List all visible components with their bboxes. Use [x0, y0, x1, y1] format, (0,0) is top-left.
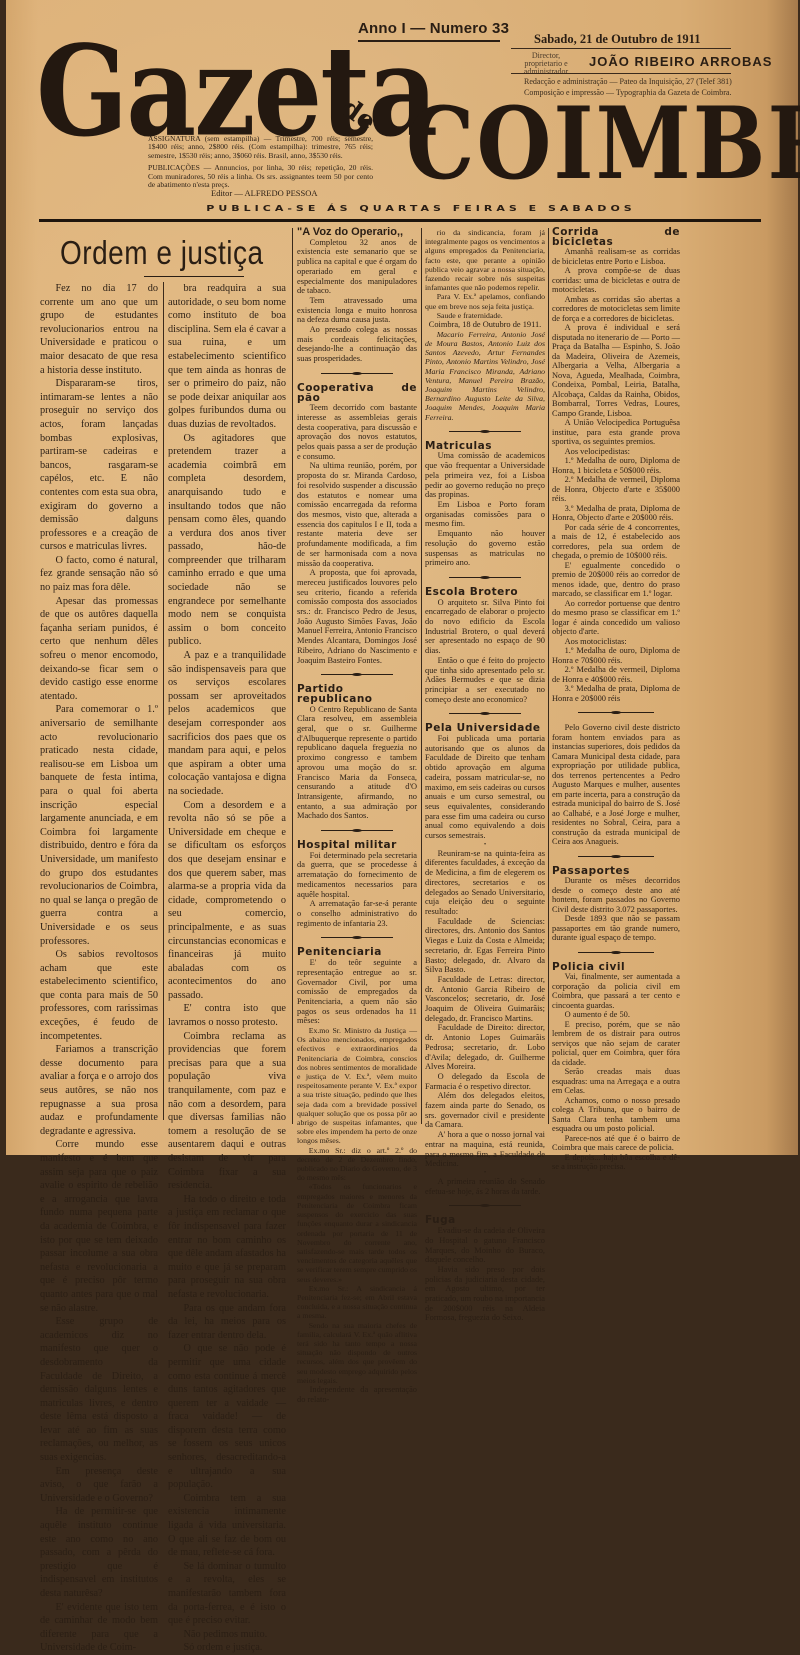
- corrida-paragraph: Aos motociclistas:: [552, 637, 680, 647]
- governo-paragraph: Pelo Governo civil deste districto foram…: [552, 723, 680, 847]
- penit-letter-paragraph: Para V. Ex.ª apelamos, confiando que em …: [425, 292, 545, 310]
- article-paragraph: Fariamos a transcrição desse documento p…: [40, 1043, 158, 1138]
- corrida-paragraph: 3.º Medalha de prata, Diploma de Honra, …: [552, 504, 680, 523]
- article-paragraph: Corre mundo esse manifesto e é bem que a…: [40, 1138, 158, 1157]
- section-title-universidade: Pela Universidade: [425, 724, 545, 734]
- corrida-paragraph: Ao corredor portuense que dentro do mesm…: [552, 599, 680, 637]
- bullet-separator: •: [425, 841, 545, 849]
- corrida-paragraph: 1.º Medalha de ouro, Diploma de Honra, 1…: [552, 456, 680, 475]
- ornamental-divider: [425, 573, 545, 583]
- article-paragraph: bra readquira a sua autoridade, o seu bo…: [168, 282, 286, 432]
- coop-paragraph: Teem decorrido com bastante interesse as…: [297, 403, 417, 461]
- article-paragraph: Para comemorar o 1.º aniversario de semi…: [40, 703, 158, 948]
- corrida-paragraph: 2.º Medalha de vermeil, Diploma de Honra…: [552, 665, 680, 684]
- publication-schedule: PUBLICA-SE ÁS QUARTAS FEIRAS E SABADOS: [76, 204, 766, 213]
- univ-paragraph: Faculdade de Sciencias: directores, drs.…: [425, 917, 545, 975]
- issue-underline: [358, 40, 500, 42]
- issue-date: Sabado, 21 de Outubro de 1911: [534, 32, 700, 47]
- univ-paragraph: Além dos delegados eleitos, fazem ainda …: [425, 1091, 545, 1130]
- ornamental-divider: [297, 369, 417, 379]
- section-title-policia: Policia civil: [552, 963, 680, 973]
- section-title-passaportes: Passaportes: [552, 867, 680, 877]
- partido-paragraph: O Centro Republicano de Santa Clara reso…: [297, 705, 417, 821]
- issue-number: Anno I — Numero 33: [358, 20, 509, 37]
- penit-letter-paragraph: Saude e fraternidade.: [425, 311, 545, 320]
- publicacoes-text: PUBLICAÇÕES — Annuncios, por linha, 30 r…: [148, 164, 373, 189]
- policia-paragraph: Vai, finalmente, ser aumentada a corpora…: [552, 972, 680, 1010]
- penit-signatures: Macario Ferreira, Antonio José de Moura …: [425, 330, 545, 422]
- ornamental-divider: [297, 933, 417, 943]
- ornamental-divider: [425, 709, 545, 719]
- lead-article-title: Ordem e justiça: [60, 234, 264, 272]
- pass-paragraph: Durante os mêses decorridos desde o come…: [552, 876, 680, 914]
- article-paragraph: Dispararam-se tiros, intimaram-se lentes…: [40, 377, 158, 554]
- corrida-paragraph: E' egualmente concedido o premio de 20$0…: [552, 561, 680, 599]
- article-paragraph: Os sabios revoltosos acham que este esta…: [40, 948, 158, 1043]
- ornamental-divider: [425, 427, 545, 437]
- corrida-paragraph: A prova é individual e será disputada no…: [552, 323, 680, 418]
- subscription-info: ASSIGNATURA (sem estampilha) — Trimestre…: [148, 135, 373, 193]
- section-title-escola-brotero: Escola Brotero: [425, 588, 545, 598]
- lead-article-col2: bra readquira a sua autoridade, o seu bo…: [168, 282, 286, 1157]
- univ-paragraph: Faculdade de Letras: director, dr. Anton…: [425, 975, 545, 1024]
- corrida-paragraph: 2.º Medalha de vermeil, Diploma de Honra…: [552, 475, 680, 504]
- univ-paragraph: Foi publicada uma portaria autorisando q…: [425, 734, 545, 841]
- corrida-paragraph: 3.º Medalha de prata, Diploma de Honra e…: [552, 684, 680, 703]
- column-4: rio da sindicancia, foram já integralmen…: [425, 228, 545, 1157]
- corrida-paragraph: Por cada série de 4 concorrentes, a mais…: [552, 523, 680, 561]
- column-3: "A Voz do Operario,,Completou 32 anos de…: [297, 228, 417, 1157]
- article-paragraph: Coimbra reclama as providencias que fore…: [168, 1030, 286, 1157]
- divider: [511, 48, 731, 49]
- article-paragraph: Apesar das promessas de que os autôres d…: [40, 595, 158, 704]
- policia-paragraph: E preciso, porém, que se não lembrem de …: [552, 1020, 680, 1068]
- article-paragraph: Com a desordem e a revolta não só se põe…: [168, 799, 286, 1003]
- ornamental-divider: [297, 670, 417, 680]
- univ-paragraph: Reuniram-se na quinta-feira as diferente…: [425, 849, 545, 917]
- section-title-cooperativa: Cooperativa de pão: [297, 384, 417, 403]
- policia-paragraph: O aumento é de 50.: [552, 1010, 680, 1020]
- composicao-info: Composição e impressão — Typographia da …: [524, 88, 731, 97]
- voz-paragraph: Completou 32 anos de existencia este sem…: [297, 238, 417, 296]
- section-title-partido: Partido republicano: [297, 685, 417, 704]
- article-paragraph: O facto, como é natural, fez grande sens…: [40, 554, 158, 595]
- coop-paragraph: A proposta, que foi aprovada, mereceu ju…: [297, 568, 417, 665]
- section-title-penitenciaria: Penitenciaria: [297, 948, 417, 958]
- title-rule: [144, 276, 244, 277]
- penit-paragraph: E' do teôr seguinte a representação entr…: [297, 958, 417, 1026]
- policia-paragraph: Parece-nos até que é o bairro de Coimbra…: [552, 1134, 680, 1153]
- policia-paragraph: Achamos, como o nosso presado colega A T…: [552, 1096, 680, 1134]
- corrida-paragraph: A prova compõe-se de duas corridas: uma …: [552, 266, 680, 295]
- coop-paragraph: Na ultima reunião, porém, por proposta d…: [297, 461, 417, 568]
- univ-paragraph: A' hora a que o nosso jornal vai entrar …: [425, 1130, 545, 1157]
- section-title-matriculas: Matriculas: [425, 442, 545, 452]
- univ-paragraph: O delegado da Escola de Farmacia é o res…: [425, 1072, 545, 1091]
- voz-paragraph: Ao presado colega as nossas mais cordeai…: [297, 325, 417, 364]
- pass-paragraph: Desde 1893 que não se passam passaportes…: [552, 914, 680, 943]
- matric-paragraph: Em Lisboa e Porto foram organisadas comi…: [425, 500, 545, 529]
- column-5: Corrida de bicicletasAmanhã realisam-se …: [552, 228, 680, 1157]
- ornamental-divider: [297, 826, 417, 836]
- escola-paragraph: O arquiteto sr. Silva Pinto foi encarreg…: [425, 598, 545, 656]
- corrida-paragraph: Amanhã realisam-se as corridas de bicicl…: [552, 247, 680, 266]
- director-name: JOÃO RIBEIRO ARROBAS: [589, 54, 772, 69]
- corrida-paragraph: A União Velocipedica Portuguêsa institue…: [552, 418, 680, 447]
- voz-paragraph: Tem atravessado uma existencia longa e m…: [297, 296, 417, 325]
- penit-letter-paragraph: rio da sindicancia, foram já integralmen…: [425, 228, 545, 292]
- divider: [511, 73, 731, 74]
- corrida-paragraph: Ambas as corridas são abertas a corredor…: [552, 295, 680, 324]
- redaccao-address: Redacção e administração — Pateo da Inqu…: [524, 77, 732, 86]
- corrida-paragraph: Aos velocipedistas:: [552, 447, 680, 457]
- ornamental-divider: [552, 948, 680, 958]
- section-title-corrida: Corrida de bicicletas: [552, 228, 680, 247]
- ornamental-divider: [552, 852, 680, 862]
- escola-paragraph: Então o que é feito do projecto que tinh…: [425, 656, 545, 705]
- article-paragraph: E' contra isto que lavramos o nosso prot…: [168, 1002, 286, 1029]
- penit-letter-paragraph: Ex.mo Sr.: diz o art.º 2.º do decreto de…: [297, 1146, 417, 1157]
- newspaper-page: Gazeta de COIMBRA Anno I — Numero 33 Sab…: [6, 0, 798, 1155]
- column-separator: [421, 228, 422, 1124]
- column-separator: [548, 228, 549, 1124]
- policia-paragraph: E depois... haja bôa escolha e dê-se a i…: [552, 1153, 680, 1158]
- column-separator: [163, 282, 164, 1120]
- penit-date: Coimbra, 18 de Outubro de 1911.: [425, 320, 545, 330]
- hospital-paragraph: Foi determinado pela secretaria da guerr…: [297, 851, 417, 900]
- hospital-paragraph: A arrematação far-se-á perante o conselh…: [297, 899, 417, 928]
- masthead-title-coimbra: COIMBRA: [406, 95, 800, 194]
- lead-article-col1: Fez no dia 17 do corrente um ano que um …: [40, 282, 158, 1157]
- ornamental-divider: [552, 708, 680, 718]
- matric-paragraph: Emquanto não houver resolução do governo…: [425, 529, 545, 568]
- policia-paragraph: Serão creadas mais duas esquadras: uma n…: [552, 1067, 680, 1096]
- section-title-hospital: Hospital militar: [297, 841, 417, 851]
- article-paragraph: Fez no dia 17 do corrente um ano que um …: [40, 282, 158, 377]
- univ-paragraph: Faculdade de Direito: director, dr. Anto…: [425, 1023, 545, 1072]
- article-paragraph: Os agitadores que pretendem trazer a aca…: [168, 432, 286, 650]
- column-separator: [292, 228, 293, 1124]
- matric-paragraph: Uma comissão de academicos que vão frequ…: [425, 451, 545, 500]
- assignatura-text: ASSIGNATURA (sem estampilha) — Trimestre…: [148, 135, 373, 160]
- section-title-voz-operario: "A Voz do Operario,,: [297, 228, 417, 238]
- corrida-paragraph: 1.º Medalha de ouro, Diploma de Honra e …: [552, 646, 680, 665]
- editor-line: Editor — ALFREDO PESSOA: [211, 188, 318, 198]
- masthead-rule: [39, 219, 761, 222]
- penit-letter-paragraph: Ex.mo Sr. Ministro da Justiça — Os abaix…: [297, 1026, 417, 1146]
- article-paragraph: A paz e a tranquilidade são indispensave…: [168, 649, 286, 799]
